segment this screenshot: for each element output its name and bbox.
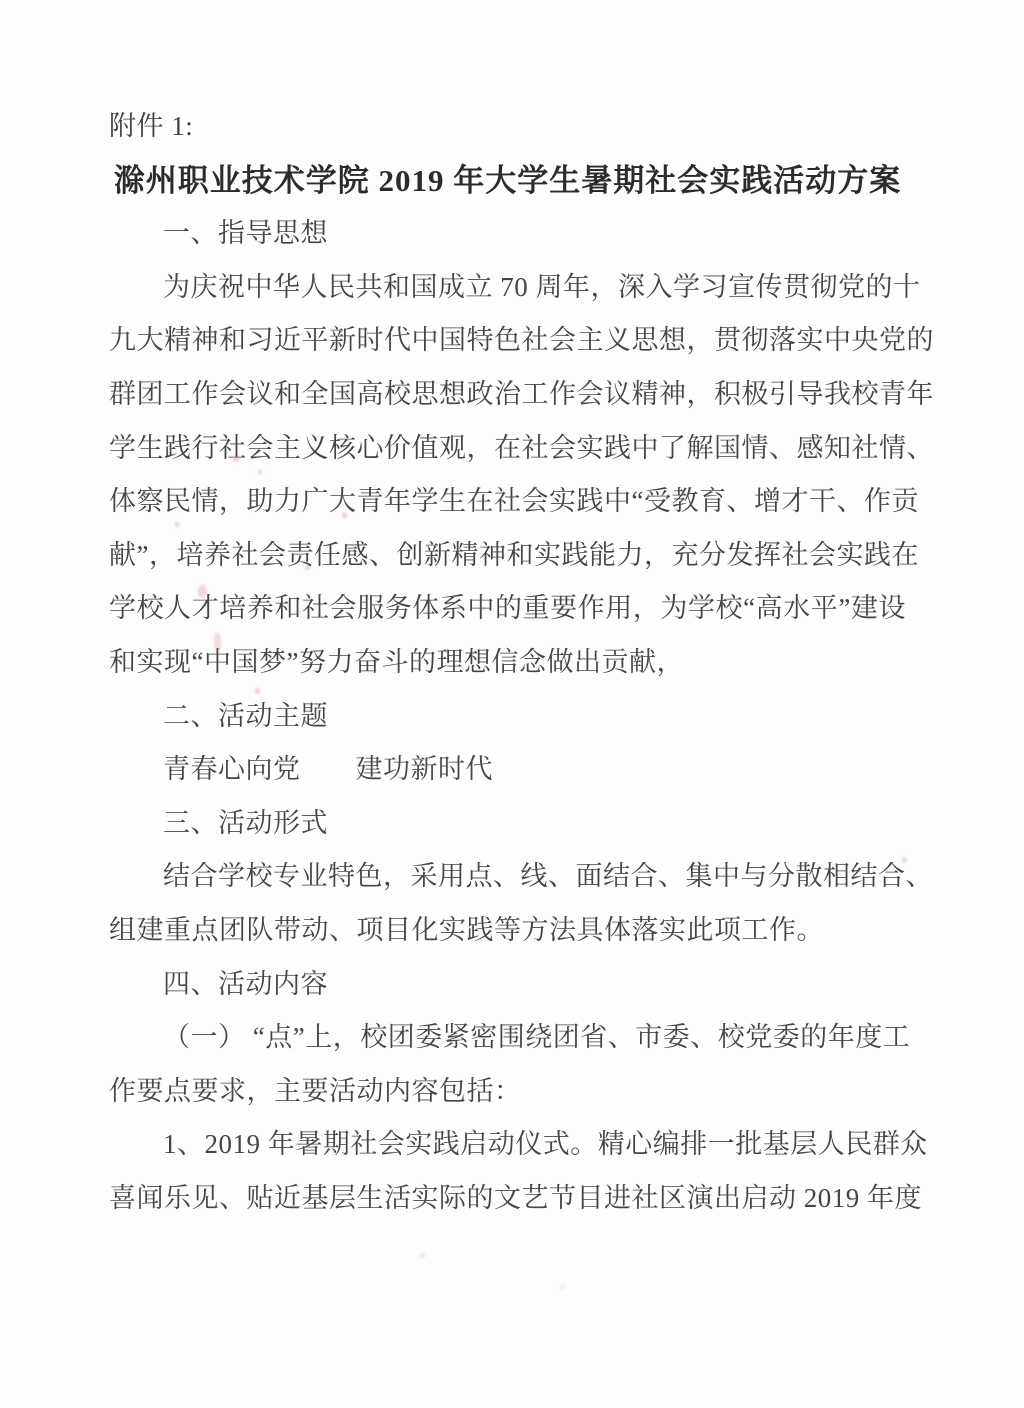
scan-artifact-dot [420,1253,425,1258]
attachment-label: 附件 1: [109,100,906,154]
body-line: 群团工作会议和全国高校思想政治工作会议精神，积极引导我校青年 [109,368,906,422]
section-heading-guiding-thought: 一、指导思想 [109,207,906,261]
scan-artifact-dot [560,1285,565,1290]
scanned-document-page: 附件 1: 滁州职业技术学院 2019 年大学生暑期社会实践活动方案 一、指导思… [0,0,1024,1408]
scan-artifact-dot [481,607,485,611]
body-line: 学生践行社会主义核心价值观，在社会实践中了解国情、感知社情、 [109,422,906,476]
section-heading-activity-content: 四、活动内容 [109,958,906,1012]
section-heading-activity-theme: 二、活动主题 [109,690,906,744]
scan-artifact-dot [255,688,260,694]
body-line: （一） “点”上，校团委紧密围绕团省、市委、校党委的年度工 [109,1011,906,1065]
body-line: 学校人才培养和社会服务体系中的重要作用，为学校“高水平”建设 [109,582,906,636]
body-line: 结合学校专业特色，采用点、线、面结合、集中与分散相结合、 [109,850,906,904]
body-line: 体察民情，助力广大青年学生在社会实践中“受教育、增才干、作贡 [109,475,906,529]
section-heading-activity-form: 三、活动形式 [109,797,906,851]
body-line: 献”，培养社会责任感、创新精神和实践能力，充分发挥社会实践在 [109,529,906,583]
scan-artifact-dot [305,565,310,570]
body-line: 为庆祝中华人民共和国成立 70 周年，深入学习宣传贯彻党的十 [109,261,906,315]
scan-artifact-dot [757,549,761,554]
body-line: 喜闻乐见、贴近基层生活实际的文艺节目进社区演出启动 2019 年度 [109,1172,906,1226]
body-line: 1、2019 年暑期社会实践启动仪式。精心编排一批基层人民群众 [109,1118,906,1172]
scan-artifact-dot [902,857,907,863]
scan-artifact-dot [233,455,239,462]
body-line: 九大精神和习近平新时代中国特色社会主义思想，贯彻落实中央党的 [109,314,906,368]
body-line: 组建重点团队带动、项目化实践等方法具体落实此项工作。 [109,904,906,958]
scan-artifact-dot [342,512,347,518]
scan-artifact-smudge [198,585,207,598]
body-line: 和实现“中国梦”努力奋斗的理想信念做出贡献， [109,636,906,690]
document-body: 附件 1: 滁州职业技术学院 2019 年大学生暑期社会实践活动方案 一、指导思… [109,100,906,1225]
scan-artifact-dot [258,470,262,474]
body-line: 作要点要求，主要活动内容包括： [109,1065,906,1119]
scan-artifact-smudge [214,632,221,652]
document-title: 滁州职业技术学院 2019 年大学生暑期社会实践活动方案 [109,154,906,208]
scan-artifact-dot [296,610,300,614]
activity-theme-text: 青春心向党 建功新时代 [109,743,906,797]
scan-artifact-dot [175,522,179,527]
